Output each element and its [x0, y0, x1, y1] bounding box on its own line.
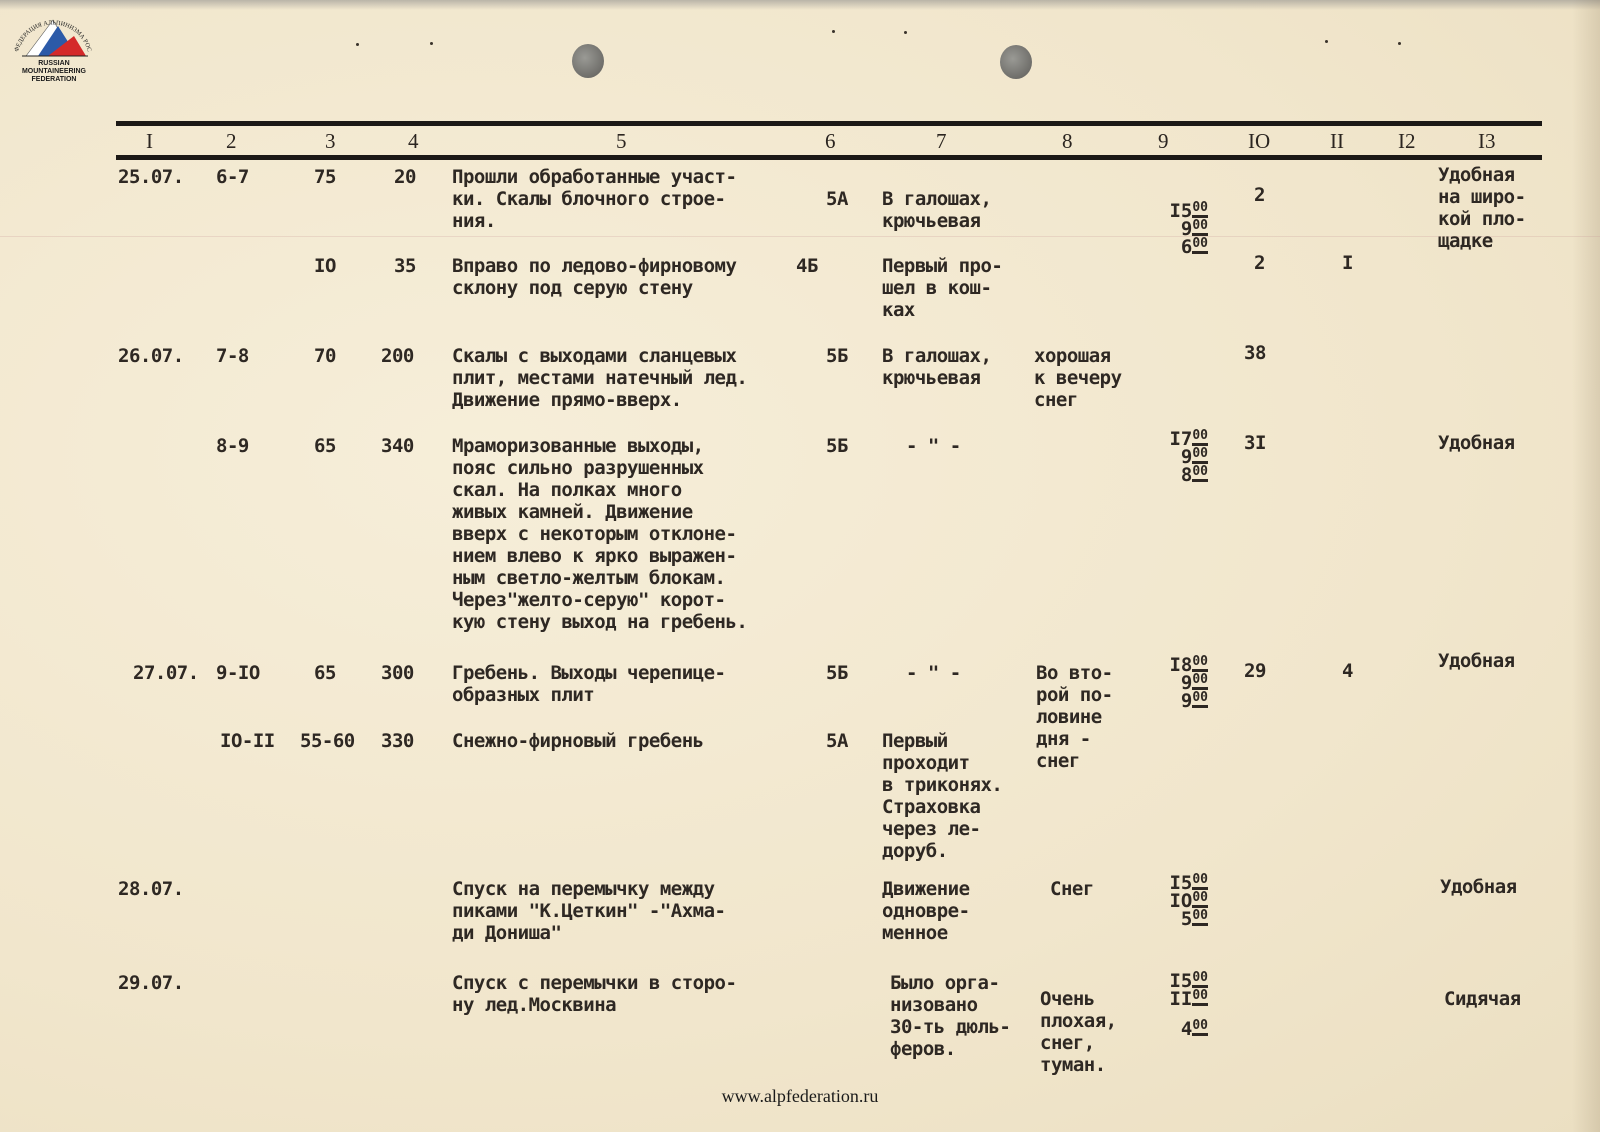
col-header: 2	[226, 129, 237, 154]
cell-technique: - " -	[906, 662, 961, 684]
cell-weather: Снег	[1050, 878, 1094, 900]
footer-url: www.alpfederation.ru	[0, 1086, 1600, 1107]
cell-section: 7-8	[216, 345, 249, 367]
cell-steepness: 55-60	[300, 730, 355, 752]
col-header: IO	[1248, 129, 1270, 154]
cell-pitons: 29	[1244, 660, 1266, 682]
speck	[1398, 42, 1401, 45]
cell-technique: Движение одновре- менное	[882, 878, 970, 944]
speck	[832, 30, 835, 33]
cell-description: Скалы с выходами сланцевых плит, местами…	[452, 345, 747, 411]
logo-line: RUSSIAN	[8, 60, 100, 68]
cell-pitons: 2	[1254, 184, 1265, 206]
cell-section: 9-IO	[216, 662, 260, 684]
cell-section: 6-7	[216, 166, 249, 188]
cell-section: 8-9	[216, 435, 249, 457]
col-header: I3	[1478, 129, 1496, 154]
cell-grade: 5Б	[826, 662, 848, 684]
cell-description: Снежно-фирновый гребень	[452, 730, 704, 752]
cell-description: Спуск на перемычку между пиками "К.Цетки…	[452, 878, 725, 944]
cell-steepness: 70	[314, 345, 336, 367]
speck	[356, 43, 359, 46]
cell-technique: Было орга- низовано 30-ть дюль- феров.	[890, 972, 1010, 1060]
table-header-rule	[116, 155, 1542, 160]
col-header: I	[146, 129, 153, 154]
cell-technique: В галошах, крючьевая	[882, 345, 991, 389]
col-header: 8	[1062, 129, 1073, 154]
cell-bivouac: Удобная	[1438, 650, 1515, 672]
logo-caption: RUSSIAN MOUNTAINEERING FEDERATION	[8, 60, 100, 84]
cell-pitons: 3I	[1244, 432, 1266, 454]
cell-date: 26.07.	[118, 345, 184, 367]
punch-hole-left	[572, 44, 604, 78]
cell-pitons: 2	[1254, 252, 1265, 274]
cell-bivouac: Сидячая	[1444, 988, 1521, 1010]
scan-right-edge	[1572, 0, 1600, 1132]
cell-technique: Первый проходит в триконях. Страховка че…	[882, 730, 1002, 862]
col-header: 4	[408, 129, 419, 154]
scan-top-edge	[0, 0, 1600, 10]
cell-times: I800 900 900	[1146, 656, 1208, 710]
cell-steepness: 65	[314, 435, 336, 457]
cell-times: I500 IO00 500	[1146, 874, 1208, 928]
cell-weather: Очень плохая, снег, туман.	[1040, 988, 1117, 1076]
cell-ice-screws: I	[1342, 252, 1353, 274]
col-header: 5	[616, 129, 627, 154]
cell-date: 27.07.	[133, 662, 199, 684]
cell-description: Вправо по ледово-фирновому склону под се…	[452, 255, 736, 299]
cell-pitons: 38	[1244, 342, 1266, 364]
cell-technique: Первый про- шел в кош- ках	[882, 255, 1002, 321]
cell-bivouac: Удобная	[1438, 432, 1515, 454]
cell-technique: - " -	[906, 435, 961, 457]
logo-line: FEDERATION	[8, 76, 100, 84]
cell-length: 300	[381, 662, 414, 684]
cell-description: Прошли обработанные участ- ки. Скалы бло…	[452, 166, 736, 232]
speck	[1325, 40, 1328, 43]
col-header: 6	[825, 129, 836, 154]
cell-grade: 5Б	[826, 345, 848, 367]
cell-times: I500 900 600	[1146, 202, 1208, 256]
cell-steepness: IO	[314, 255, 336, 277]
cell-grade: 5А	[826, 188, 848, 210]
cell-times: I700 900 800	[1146, 430, 1208, 484]
speck	[904, 31, 907, 34]
cell-technique: В галошах, крючьевая	[882, 188, 991, 232]
cell-grade: 4Б	[796, 255, 818, 277]
cell-description: Мраморизованные выходы, пояс сильно разр…	[452, 435, 747, 633]
cell-times: I500 II00 400	[1146, 972, 1208, 1038]
col-header: II	[1330, 129, 1344, 154]
cell-length: 35	[394, 255, 416, 277]
cell-date: 25.07.	[118, 166, 184, 188]
cell-weather: Во вто- рой по- ловине дня - снег	[1036, 662, 1113, 772]
table-top-rule	[116, 121, 1542, 126]
cell-length: 340	[381, 435, 414, 457]
cell-grade: 5А	[826, 730, 848, 752]
col-header: I2	[1398, 129, 1416, 154]
speck	[430, 42, 433, 45]
cell-length: 20	[394, 166, 416, 188]
cell-weather: хорошая к вечеру снег	[1034, 345, 1122, 411]
cell-description: Гребень. Выходы черепице- образных плит	[452, 662, 725, 706]
punch-hole-right	[1000, 45, 1032, 79]
faint-ruled-line	[0, 236, 1600, 237]
cell-date: 28.07.	[118, 878, 184, 900]
cell-bivouac: Удобная на широ- кой пло- щадке	[1438, 164, 1526, 252]
cell-bivouac: Удобная	[1440, 876, 1517, 898]
cell-description: Спуск с перемычки в сторо- ну лед.Москви…	[452, 972, 736, 1016]
cell-grade: 5Б	[826, 435, 848, 457]
col-header: 3	[325, 129, 336, 154]
col-header: 9	[1158, 129, 1169, 154]
cell-ice-screws: 4	[1342, 660, 1353, 682]
cell-date: 29.07.	[118, 972, 184, 994]
cell-steepness: 65	[314, 662, 336, 684]
cell-length: 330	[381, 730, 414, 752]
cell-length: 200	[381, 345, 414, 367]
logo-line: MOUNTAINEERING	[8, 68, 100, 76]
col-header: 7	[936, 129, 947, 154]
cell-section: IO-II	[220, 730, 275, 752]
cell-steepness: 75	[314, 166, 336, 188]
